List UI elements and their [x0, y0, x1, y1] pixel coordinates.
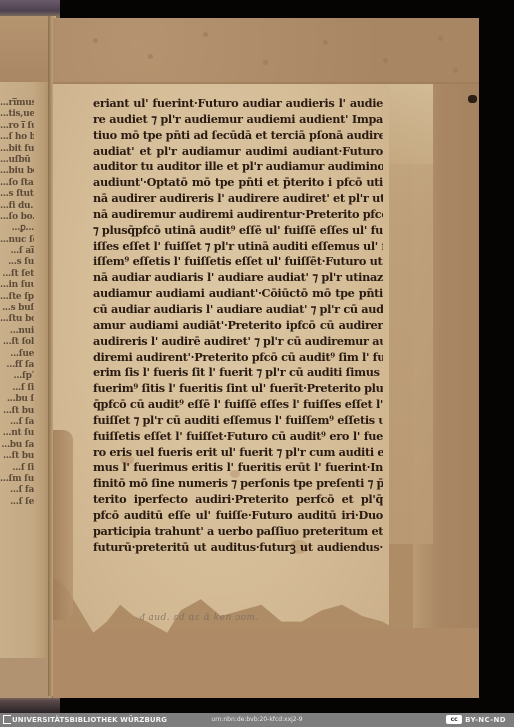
manuscript-line: auditor tu auditor ille et pl'r audiamur…	[93, 159, 383, 175]
left-page-line: ...s buſ	[0, 303, 34, 314]
water-stain	[53, 430, 73, 620]
left-page-line: ...fi du...	[0, 201, 34, 212]
manuscript-line: nā audirer audireris l' audirere audiret…	[93, 191, 383, 207]
manuscript-line: q̄pfcō cū audit⁹ eſſē l' fuiſſē eſſes l'…	[93, 397, 383, 413]
left-page-line: ...ſt ſet	[0, 269, 34, 280]
left-page-line: ...ſt bu	[0, 451, 34, 462]
manuscript-line: re audiet ⁊ pl'r audiemur audiemi audien…	[93, 112, 383, 128]
manuscript-line: terito iperfecto audiri·Preterito perfcō…	[93, 492, 383, 508]
left-page-line: ...bu ſ	[0, 394, 34, 405]
manuscript-line: cū audiar audiaris l' audiare audiat' ⁊ …	[93, 302, 383, 318]
manuscript-line: diremi audirent'·Preterito pfcō cū audit…	[93, 350, 383, 366]
manuscript-line: eriant ul' fuerint·Futuro audiar audieri…	[93, 96, 383, 112]
manuscript-line: iſſem⁹ eſſetis l' fuiſſetis eſſet ul' fu…	[93, 254, 383, 270]
left-page-line: ...fſ ſa	[0, 360, 34, 371]
urn-identifier[interactable]: urn:nbn:de:bvb:20-kfcd:xxj2-9	[0, 716, 514, 723]
license-link[interactable]: cc BY-NC-ND	[446, 715, 506, 724]
left-page-line: ...s ſtutu ſ	[0, 189, 34, 200]
manuscript-line: mus l' fuerimus eritis l' fueritis erūt …	[93, 460, 383, 476]
left-page-line: ...uſbū feci	[0, 155, 34, 166]
left-page-line: ...nuc ſo	[0, 235, 34, 246]
left-page-line: ...biu bo...	[0, 166, 34, 177]
left-page-line: ...ſ fa	[0, 485, 34, 496]
manuscript-text: eriant ul' fuerint·Futuro audiar audieri…	[93, 96, 383, 555]
manuscript-line: audiat' et pl'r audiamur audimi audiant·…	[93, 144, 383, 160]
left-page-line: ...ſm ſu	[0, 474, 34, 485]
manuscript-line: nā audiremur audiremi audirentur·Preteri…	[93, 207, 383, 223]
left-page-line: ...ſ ho bona	[0, 132, 34, 143]
manuscript-line: audiamur audiami audiant'·Cōiūctō mō tpe…	[93, 286, 383, 302]
left-page-line: ...ſ ſi	[0, 383, 34, 394]
left-page-line: ...bit funt	[0, 144, 34, 155]
manuscript-line: tiuo mō tpe pn̄ti ad ſecūdā et terciā pſ…	[93, 128, 383, 144]
manuscript-line: pfcō auditū eſſe ul' fuiſſe·Futuro audit…	[93, 508, 383, 524]
manuscript-line: erim ſis l' fueris ſit l' fuerit ⁊ pl'r …	[93, 365, 383, 381]
left-page-text: ...ri̅mus ꝑſō̄a...tis,uerb ū...ro i̅ ſun…	[0, 98, 34, 518]
manuscript-line: audireris l' audirē audiret' ⁊ pl'r cū a…	[93, 334, 383, 350]
left-page-line: ...tis,uerb ū	[0, 109, 34, 120]
manuscript-line: fuerim⁹ ſitis l' fueritis ſint ul' fuerī…	[93, 381, 383, 397]
left-page-line: ...nui	[0, 326, 34, 337]
manuscript-line: fuiſſetis eſſet l' fuiſſet·Futuro cū aud…	[93, 429, 383, 445]
manuscript-line: nā audiar audiaris l' audiare audiat' ⁊ …	[93, 270, 383, 286]
left-page-line: ...ſue	[0, 349, 34, 360]
left-page-line: ...ſpʹ	[0, 371, 34, 382]
left-page-line: ...ſ ſe	[0, 497, 34, 508]
left-page-line: ...in ſuu	[0, 280, 34, 291]
left-page-line: ...ſo ſtantibuſ	[0, 178, 34, 189]
left-page-line: ...ſt bu	[0, 406, 34, 417]
left-page-line: ...ſt ſol	[0, 337, 34, 348]
manuscript-line: finitō mō ſine numeris ⁊ perſonis tpe pr…	[93, 476, 383, 492]
license-label: BY-NC-ND	[465, 716, 506, 724]
scan-viewer: ...ri̅mus ꝑſō̄a...tis,uerb ū...ro i̅ ſun…	[0, 0, 514, 713]
left-facing-page: ...ri̅mus ꝑſō̄a...tis,uerb ū...ro i̅ ſun…	[0, 16, 52, 698]
left-page-line: ...s ſu	[0, 257, 34, 268]
manuscript-line: fuiſſet ⁊ pl'r cū auditi eſſemus l' fuiſ…	[93, 413, 383, 429]
left-page-line: ...ſte ſpt	[0, 292, 34, 303]
left-page-line: ...ꝑ...	[0, 223, 34, 234]
pencil-annotation: ᵭ aud. ɛd ɑɛ ɑ̃ ken ɔom.	[140, 612, 259, 623]
left-page-line: ...bu ſa	[0, 440, 34, 451]
manuscript-line: futurū·preteritū ut auditus·futurꝫ ut au…	[93, 540, 383, 556]
manuscript-line: ⁊ plusq̄pfcō utinā audit⁹ eſſē ul' fuiſſ…	[93, 223, 383, 239]
left-page-line: ...ſo bo...	[0, 212, 34, 223]
left-page-line: ...ſ ai̅	[0, 246, 34, 257]
left-page-line: ...ri̅mus ꝑſō̄a	[0, 98, 34, 109]
left-page-line: ...ro i̅ ſunt ſe	[0, 121, 34, 132]
manuscript-line: amur audiami audiāt'·Preterito ipfcō cū …	[93, 318, 383, 334]
left-page-line: ...ſ ſi	[0, 463, 34, 474]
left-page-line: ...nt ſu	[0, 428, 34, 439]
manuscript-line: ro eris uel fueris erit ul' fuerit ⁊ pl'…	[93, 445, 383, 461]
manuscript-line: iſſes eſſet l' fuiſſet ⁊ pl'r utinā audi…	[93, 239, 383, 255]
left-page-line: ...ſ ſa	[0, 417, 34, 428]
creative-commons-icon: cc	[446, 715, 462, 724]
left-page-line: ...ſtu bo	[0, 314, 34, 325]
footer-bar: UNIVERSITÄTSBIBLIOTHEK WÜRZBURG urn:nbn:…	[0, 713, 514, 727]
manuscript-line: participia trahunt' a uerbo paſſiuo pret…	[93, 524, 383, 540]
manuscript-line: audiunt'·Optatō mō tpe pn̄ti et p̄terito…	[93, 175, 383, 191]
ink-spot	[468, 95, 477, 103]
